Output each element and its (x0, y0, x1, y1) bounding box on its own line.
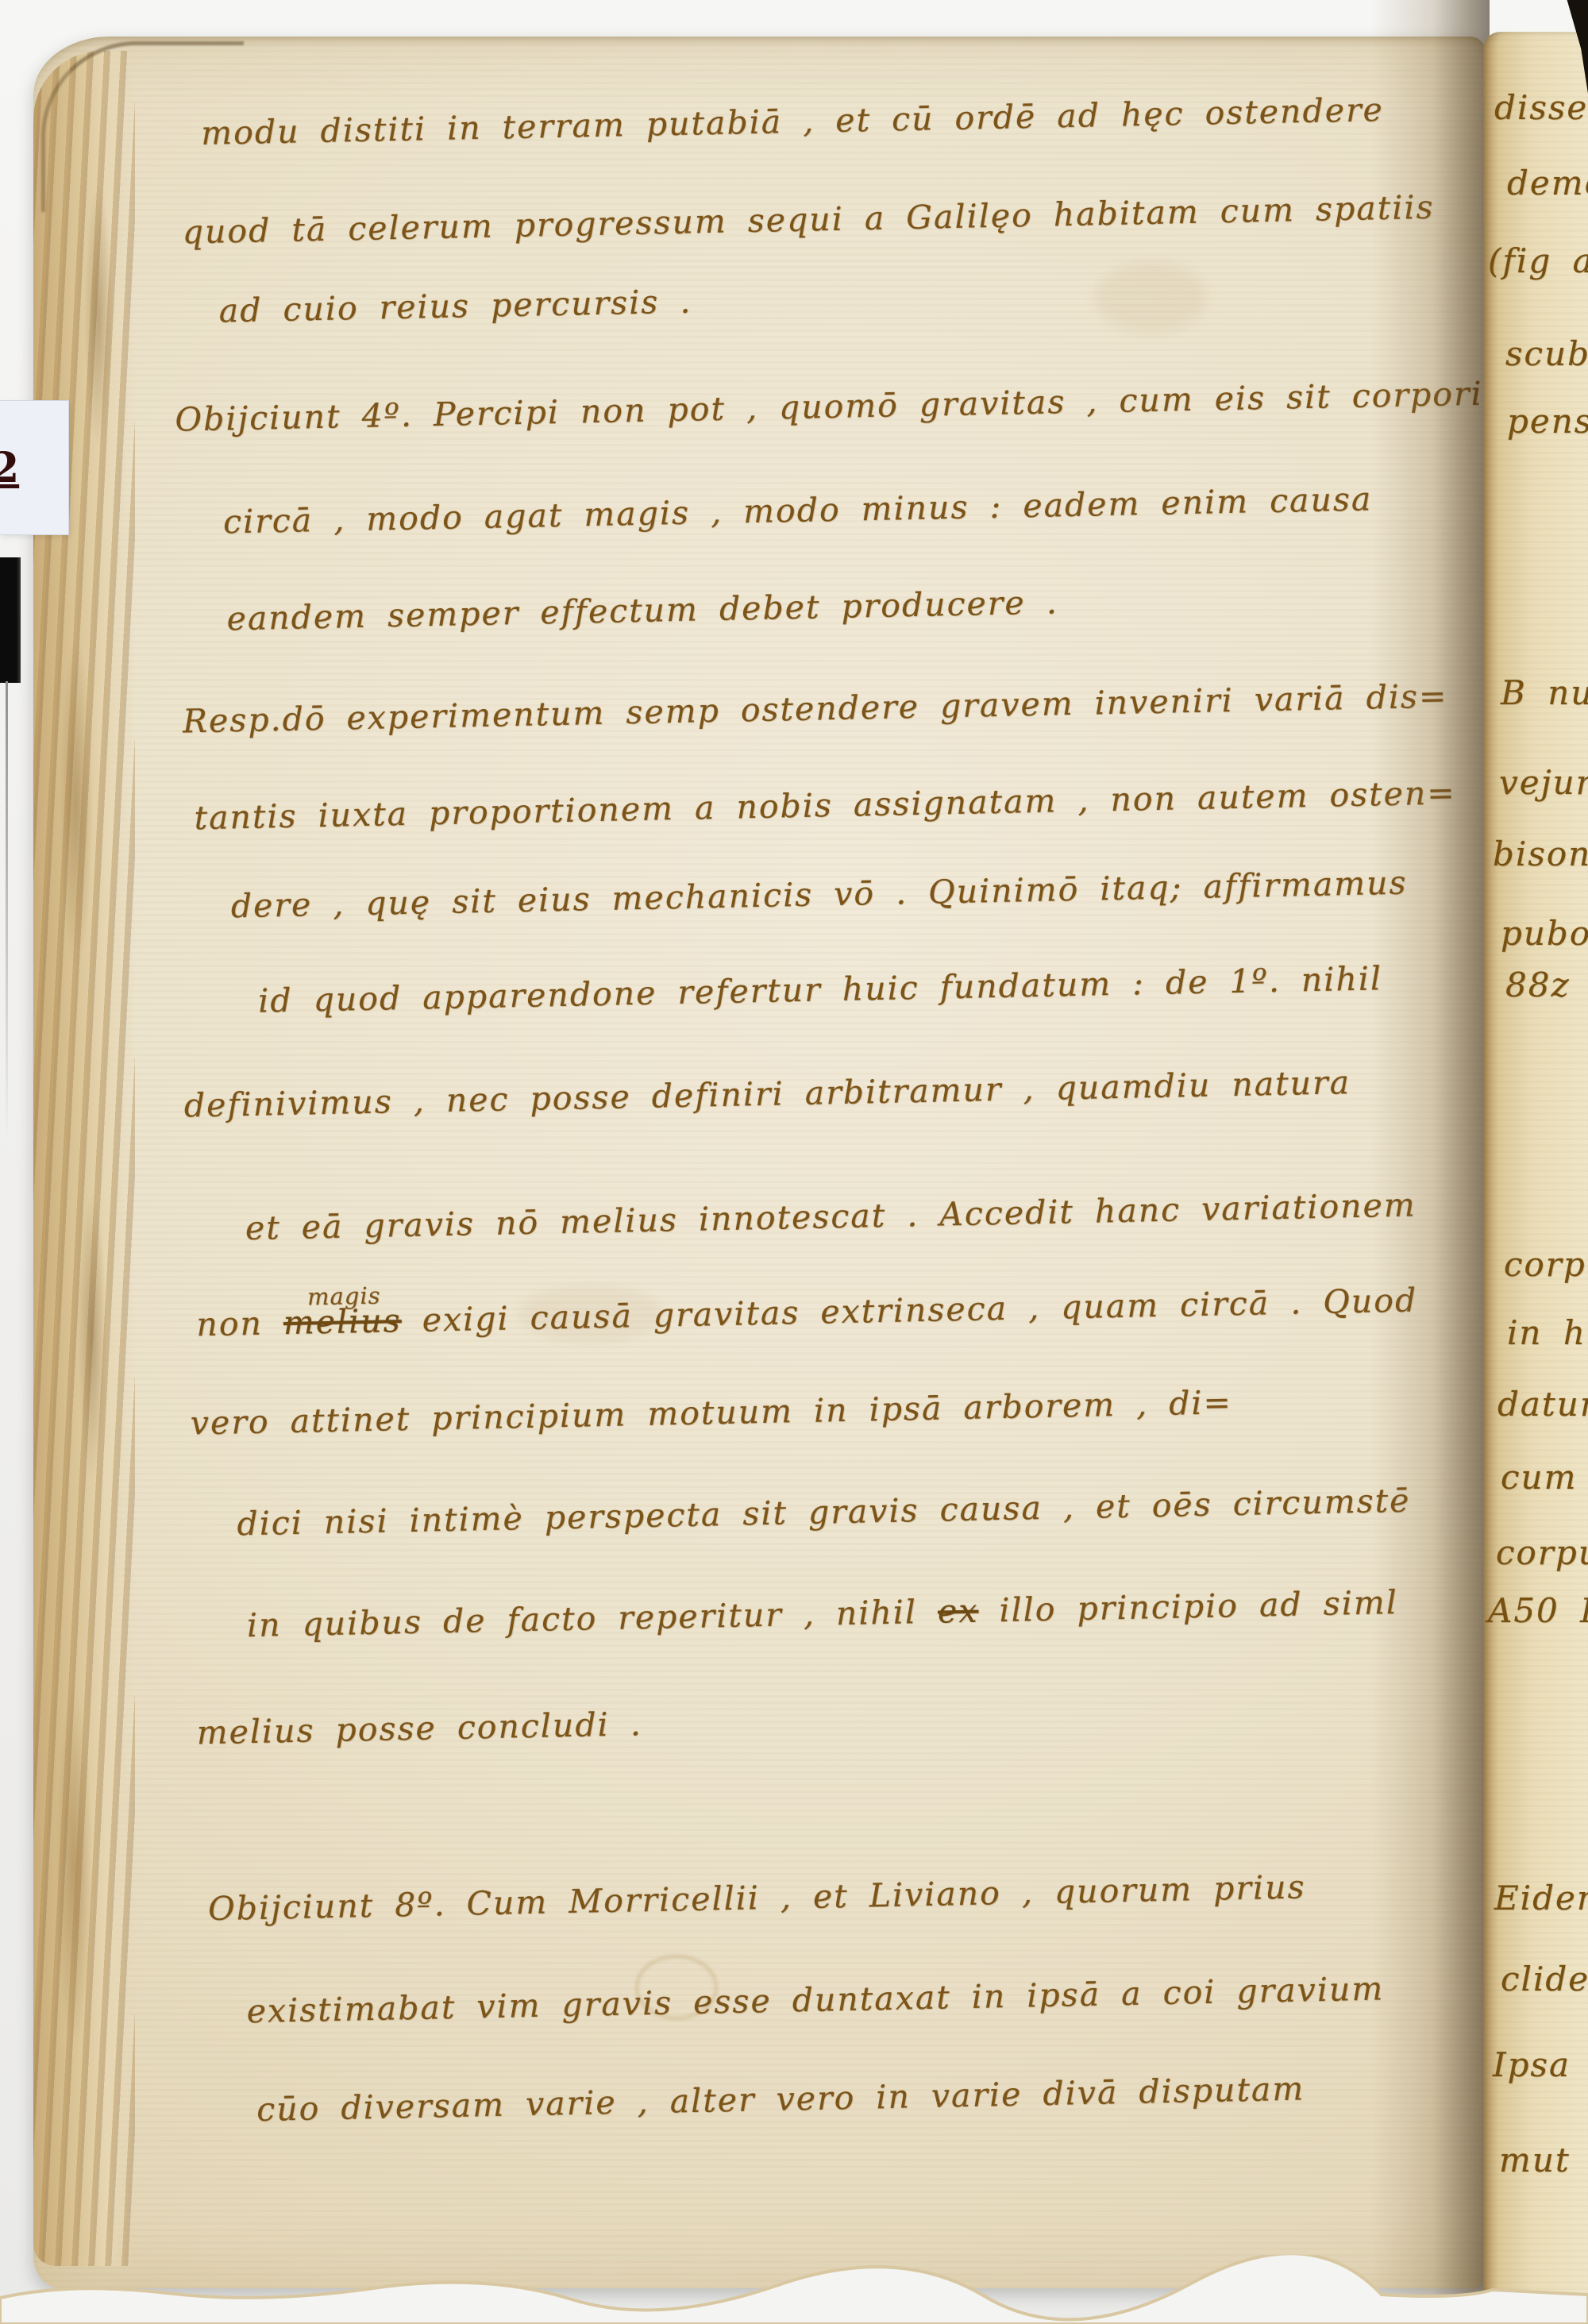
line-segment: modu distiti in terram putabiā , et cū o… (201, 91, 1384, 152)
line-segment: id quod apparendone refertur huic fundat… (258, 959, 1383, 1019)
manuscript-line: 88z (1505, 969, 1571, 1002)
manuscript-line: Resp.dō experimentum semp ostendere grav… (183, 680, 1448, 738)
manuscript-right-page-sliver: dissernimdemo(fig ascubetpensaB nuvejurb… (1483, 32, 1588, 2309)
line-segment: datur (1497, 1385, 1588, 1424)
line-segment: pensa (1507, 402, 1588, 441)
torn-bottom-edge (0, 2255, 1588, 2324)
manuscript-line: mut (1499, 2144, 1571, 2177)
manuscript-line: in quibus de facto reperitur , nihil ex … (247, 1586, 1399, 1642)
manuscript-line: pensa (1507, 405, 1588, 438)
line-segment: illo principio ad siml (978, 1583, 1398, 1630)
line-segment: scubet (1505, 334, 1588, 373)
line-segment: ad cuio reius percursis . (218, 283, 692, 330)
line-segment: mut (1499, 2141, 1571, 2179)
manuscript-line: ad cuio reius percursis . (218, 286, 692, 328)
line-segment: quod tā celerum progressum sequi a Galil… (182, 188, 1435, 252)
line-segment: definivimus , nec posse definiri arbitra… (183, 1063, 1351, 1124)
line-segment: cum (1501, 1458, 1577, 1497)
line-segment: Obijciunt 4º. Percipi non pot , quomō gr… (175, 375, 1483, 439)
line-segment: dere , quę sit eius mechanicis vō . Quin… (230, 864, 1408, 926)
manuscript-line: B nu (1501, 676, 1588, 710)
line-segment: eandem semper effectum debet producere . (226, 583, 1058, 638)
line-segment: clide: (1501, 1960, 1588, 1998)
line-segment: (fig a (1488, 241, 1588, 280)
manuscript-line: id quod apparendone refertur huic fundat… (258, 962, 1383, 1017)
manuscript-line: scubet (1505, 337, 1588, 371)
manuscript-line: eandem semper effectum debet producere . (226, 586, 1058, 635)
line-segment: tantis iuxta proportionem a nobis assign… (194, 773, 1456, 837)
manuscript-line: dici nisi intimè perspecta sit gravis ca… (237, 1485, 1411, 1541)
line-segment: 88z (1505, 965, 1571, 1004)
manuscript-line: in hi (1507, 1316, 1588, 1350)
line-segment: circā , modo agat magis , modo minus : e… (223, 480, 1373, 541)
photo-edge-thin-line (6, 681, 8, 1142)
manuscript-line: Obijciunt 8º. Cum Morricellii , et Livia… (208, 1871, 1306, 1925)
manuscript-photo: modu distiti in terram putabiā , et cū o… (0, 0, 1588, 2324)
manuscript-line: et eā gravis nō melius innotescat . Acce… (245, 1189, 1417, 1245)
manuscript-line: bisonā (1493, 838, 1588, 871)
manuscript-line: quod tā celerum progressum sequi a Galil… (182, 191, 1435, 249)
line-segment: B nu (1501, 673, 1588, 712)
interlinear-insertion: magis (307, 1285, 308, 1308)
manuscript-line: tantis iuxta proportionem a nobis assign… (194, 777, 1456, 834)
line-segment: exigi causā gravitas extrinseca , quam c… (401, 1281, 1417, 1339)
manuscript-line: cūo diversam varie , alter vero in varie… (256, 2072, 1305, 2126)
manuscript-line: Ipsa (1493, 2048, 1571, 2082)
struck-word: ex (938, 1592, 979, 1631)
book-gutter-shadow (1370, 0, 1490, 2324)
line-segment: vero attinet principium motuum in ipsā a… (190, 1383, 1232, 1442)
manuscript-line: datur (1497, 1388, 1588, 1421)
manuscript-line: non meliusmagis exigi causā gravitas ext… (196, 1284, 1418, 1341)
line-segment: non (196, 1304, 283, 1343)
line-segment: dici nisi intimè perspecta sit gravis ca… (237, 1482, 1411, 1544)
line-segment: corpunt (1496, 1533, 1588, 1572)
line-segment: Resp.dō experimentum semp ostendere grav… (183, 677, 1448, 741)
line-segment: Obijciunt 8º. Cum Morricellii , et Livia… (208, 1867, 1306, 1928)
manuscript-line: pubo (1501, 917, 1588, 950)
manuscript-line: clide: (1501, 1963, 1588, 1996)
line-segment: dissernim (1494, 88, 1588, 127)
manuscript-line: modu distiti in terram putabiā , et cū o… (201, 94, 1384, 150)
manuscript-line: cum (1501, 1461, 1577, 1494)
line-segment: vejurb (1499, 763, 1588, 802)
line-segment: cūo diversam varie , alter vero in varie… (256, 2069, 1305, 2128)
manuscript-line: melius posse concludi . (196, 1708, 642, 1749)
manuscript-line: vero attinet principium motuum in ipsā a… (190, 1386, 1232, 1439)
line-segment: existimabat vim gravis esse duntaxat in … (246, 1969, 1384, 2030)
manuscript-line: demo (1507, 167, 1588, 200)
line-segment: in quibus de facto reperitur , nihil (247, 1593, 939, 1644)
line-segment: corpun (1504, 1245, 1588, 1284)
line-segment: in hi (1507, 1313, 1588, 1352)
manuscript-line: existimabat vim gravis esse duntaxat in … (246, 1972, 1384, 2028)
manuscript-line: corpun (1504, 1248, 1588, 1281)
archival-label-card: 2 (0, 401, 68, 534)
manuscript-line: corpunt (1496, 1536, 1588, 1570)
manuscript-line: Obijciunt 4º. Percipi non pot , quomō gr… (175, 378, 1483, 437)
line-segment: demo (1507, 164, 1588, 202)
line-segment: bisonā (1493, 834, 1588, 873)
manuscript-line: definivimus , nec posse definiri arbitra… (183, 1066, 1351, 1122)
handwritten-text-block: modu distiti in terram putabiā , et cū o… (0, 0, 1588, 2324)
manuscript-line: Eidem (1494, 1882, 1588, 1915)
label-card-mark: 2 (0, 444, 19, 492)
photo-edge-black-strip (0, 557, 21, 683)
manuscript-line: (fig a (1488, 245, 1588, 278)
manuscript-line: dere , quę sit eius mechanicis vō . Quin… (230, 867, 1408, 923)
line-segment: et eā gravis nō melius innotescat . Acce… (245, 1185, 1416, 1247)
line-segment: pubo (1501, 914, 1588, 953)
manuscript-line: A50 B5 (1488, 1594, 1588, 1628)
line-segment: A50 B5 (1488, 1591, 1588, 1630)
manuscript-line: circā , modo agat magis , modo minus : e… (223, 483, 1373, 538)
manuscript-line: dissernim (1494, 91, 1588, 125)
line-segment: Ipsa (1493, 2045, 1571, 2084)
line-segment: Eidem (1494, 1879, 1588, 1917)
manuscript-line: vejurb (1499, 766, 1588, 800)
line-segment: melius posse concludi . (196, 1705, 642, 1752)
